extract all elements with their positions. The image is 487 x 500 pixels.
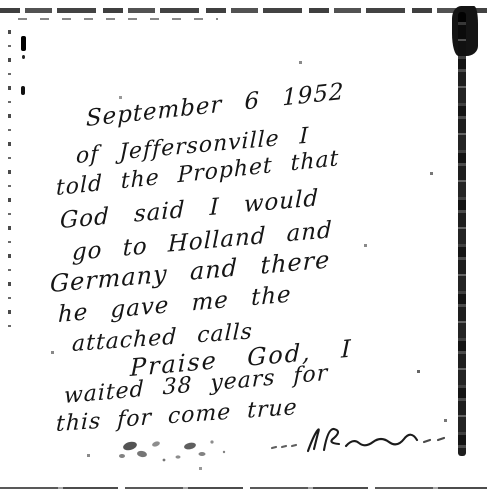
- scan-noise-specks: [0, 0, 1, 1]
- scanned-letter-page: September 6 1952 of Jeffersonville I tol…: [0, 0, 487, 500]
- ink-smudge-blot: [112, 432, 272, 466]
- scan-border-bottom: [0, 487, 487, 489]
- scan-border-left-speckles: [8, 30, 11, 338]
- margin-ink-dot: [22, 55, 25, 59]
- scan-border-top-speckles: [18, 18, 218, 20]
- illegible-signature-scribble: [268, 424, 458, 460]
- margin-ink-tick: [21, 86, 25, 95]
- scan-border-right: [458, 12, 466, 456]
- margin-ink-mark: [21, 36, 26, 51]
- scan-border-top: [0, 8, 487, 13]
